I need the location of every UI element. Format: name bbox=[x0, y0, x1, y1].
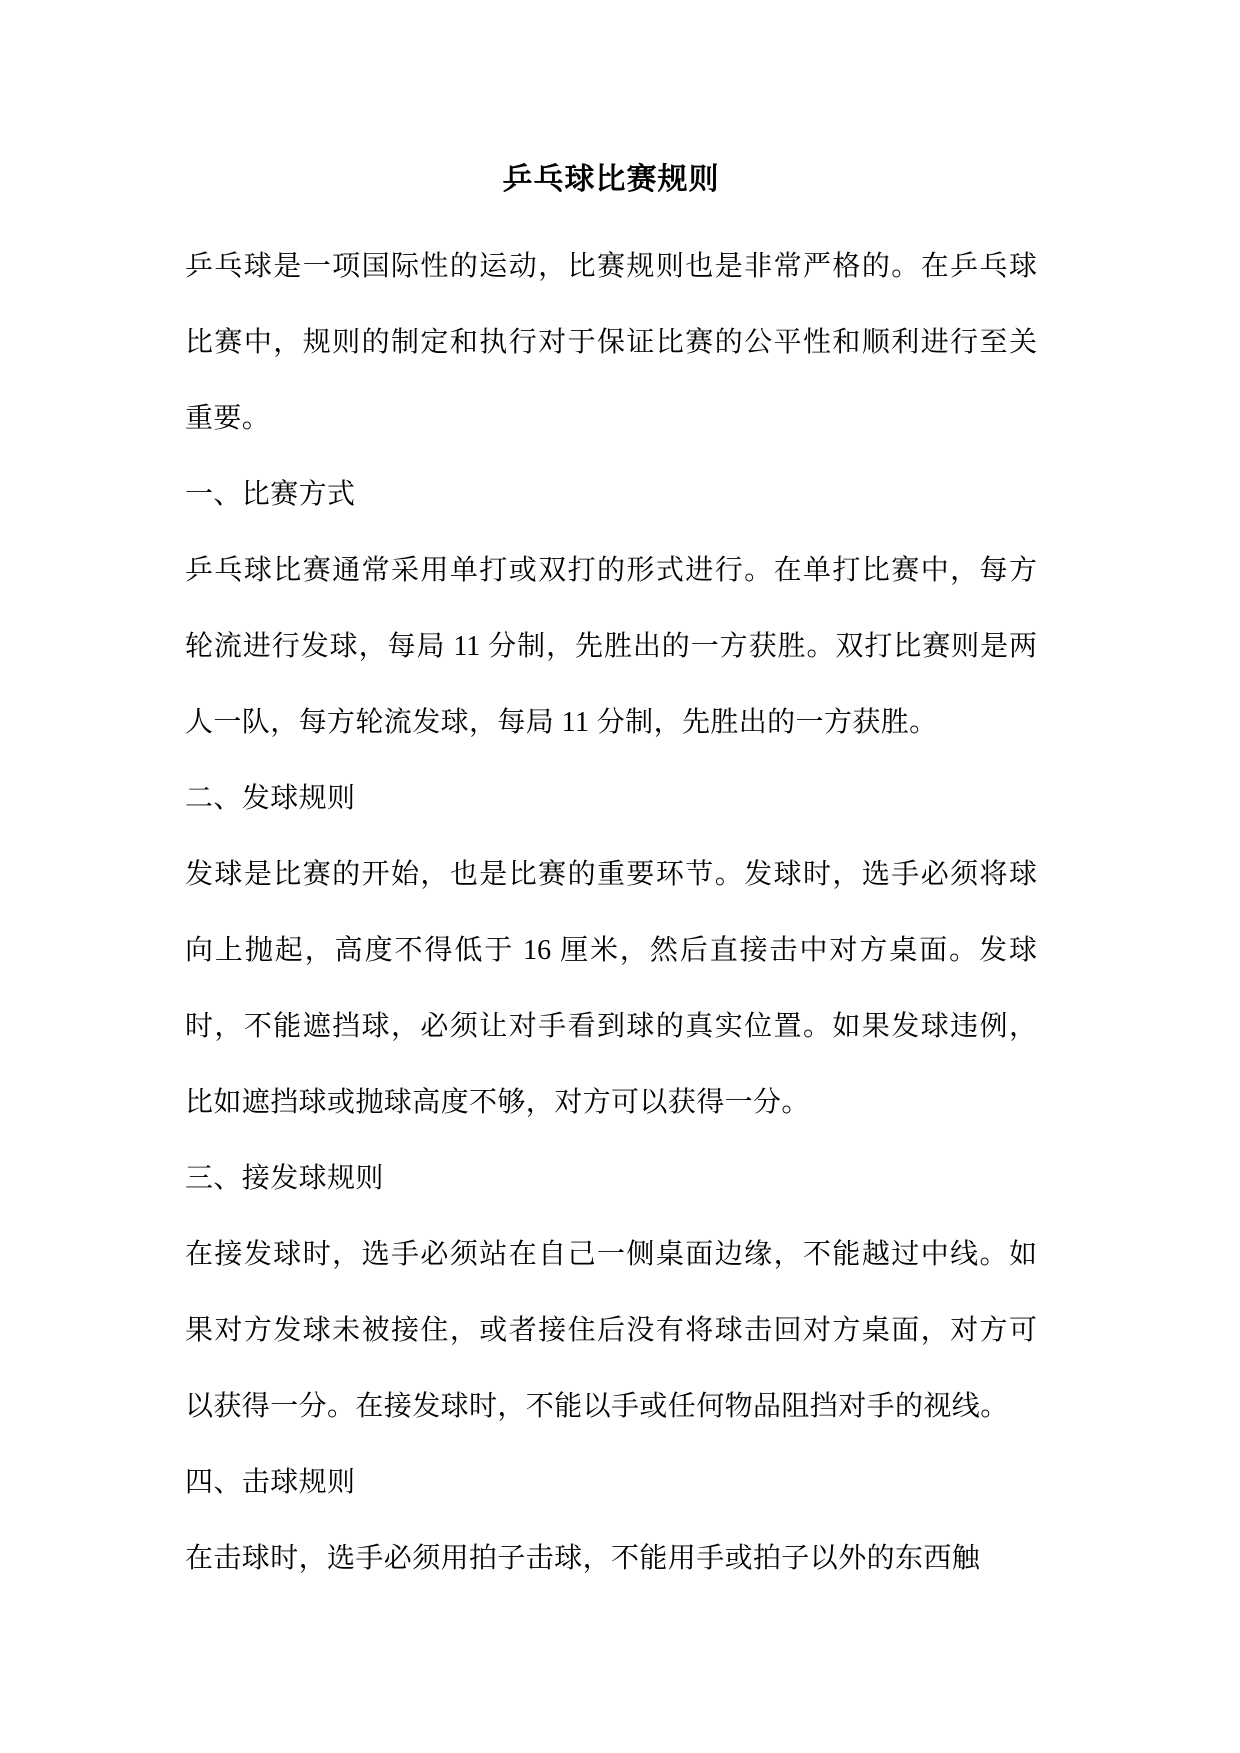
paragraph-line: 重要。 bbox=[185, 381, 1037, 457]
paragraph-line: 乒乓球是一项国际性的运动，比赛规则也是非常严格的。在乒乓球 bbox=[185, 229, 1037, 305]
paragraph-line: 乒乓球比赛通常采用单打或双打的形式进行。在单打比赛中，每方 bbox=[185, 533, 1037, 609]
paragraph-line: 果对方发球未被接住，或者接住后没有将球击回对方桌面，对方可 bbox=[185, 1293, 1037, 1369]
document-body: 乒乓球是一项国际性的运动，比赛规则也是非常严格的。在乒乓球 比赛中，规则的制定和… bbox=[185, 229, 1037, 1597]
paragraph-line: 比如遮挡球或抛球高度不够，对方可以获得一分。 bbox=[185, 1065, 1037, 1141]
paragraph-line: 发球是比赛的开始，也是比赛的重要环节。发球时，选手必须将球 bbox=[185, 837, 1037, 913]
section-heading-3: 三、接发球规则 bbox=[185, 1141, 1037, 1217]
paragraph-line: 在接发球时，选手必须站在自己一侧桌面边缘，不能越过中线。如 bbox=[185, 1217, 1037, 1293]
document-page: 乒乓球比赛规则 乒乓球是一项国际性的运动，比赛规则也是非常严格的。在乒乓球 比赛… bbox=[0, 0, 1240, 1753]
paragraph-line: 时，不能遮挡球，必须让对手看到球的真实位置。如果发球违例， bbox=[185, 989, 1037, 1065]
section-heading-1: 一、比赛方式 bbox=[185, 457, 1037, 533]
paragraph-line: 人一队，每方轮流发球，每局 11 分制，先胜出的一方获胜。 bbox=[185, 685, 1037, 761]
document-content: 乒乓球比赛规则 乒乓球是一项国际性的运动，比赛规则也是非常严格的。在乒乓球 比赛… bbox=[185, 142, 1037, 1597]
document-title: 乒乓球比赛规则 bbox=[185, 142, 1037, 218]
paragraph-line: 以获得一分。在接发球时，不能以手或任何物品阻挡对手的视线。 bbox=[185, 1369, 1037, 1445]
section-heading-4: 四、击球规则 bbox=[185, 1445, 1037, 1521]
paragraph-line: 轮流进行发球，每局 11 分制，先胜出的一方获胜。双打比赛则是两 bbox=[185, 609, 1037, 685]
paragraph-line: 在击球时，选手必须用拍子击球，不能用手或拍子以外的东西触 bbox=[185, 1521, 1037, 1597]
section-heading-2: 二、发球规则 bbox=[185, 761, 1037, 837]
paragraph-line: 向上抛起，高度不得低于 16 厘米，然后直接击中对方桌面。发球 bbox=[185, 913, 1037, 989]
paragraph-line: 比赛中，规则的制定和执行对于保证比赛的公平性和顺利进行至关 bbox=[185, 305, 1037, 381]
